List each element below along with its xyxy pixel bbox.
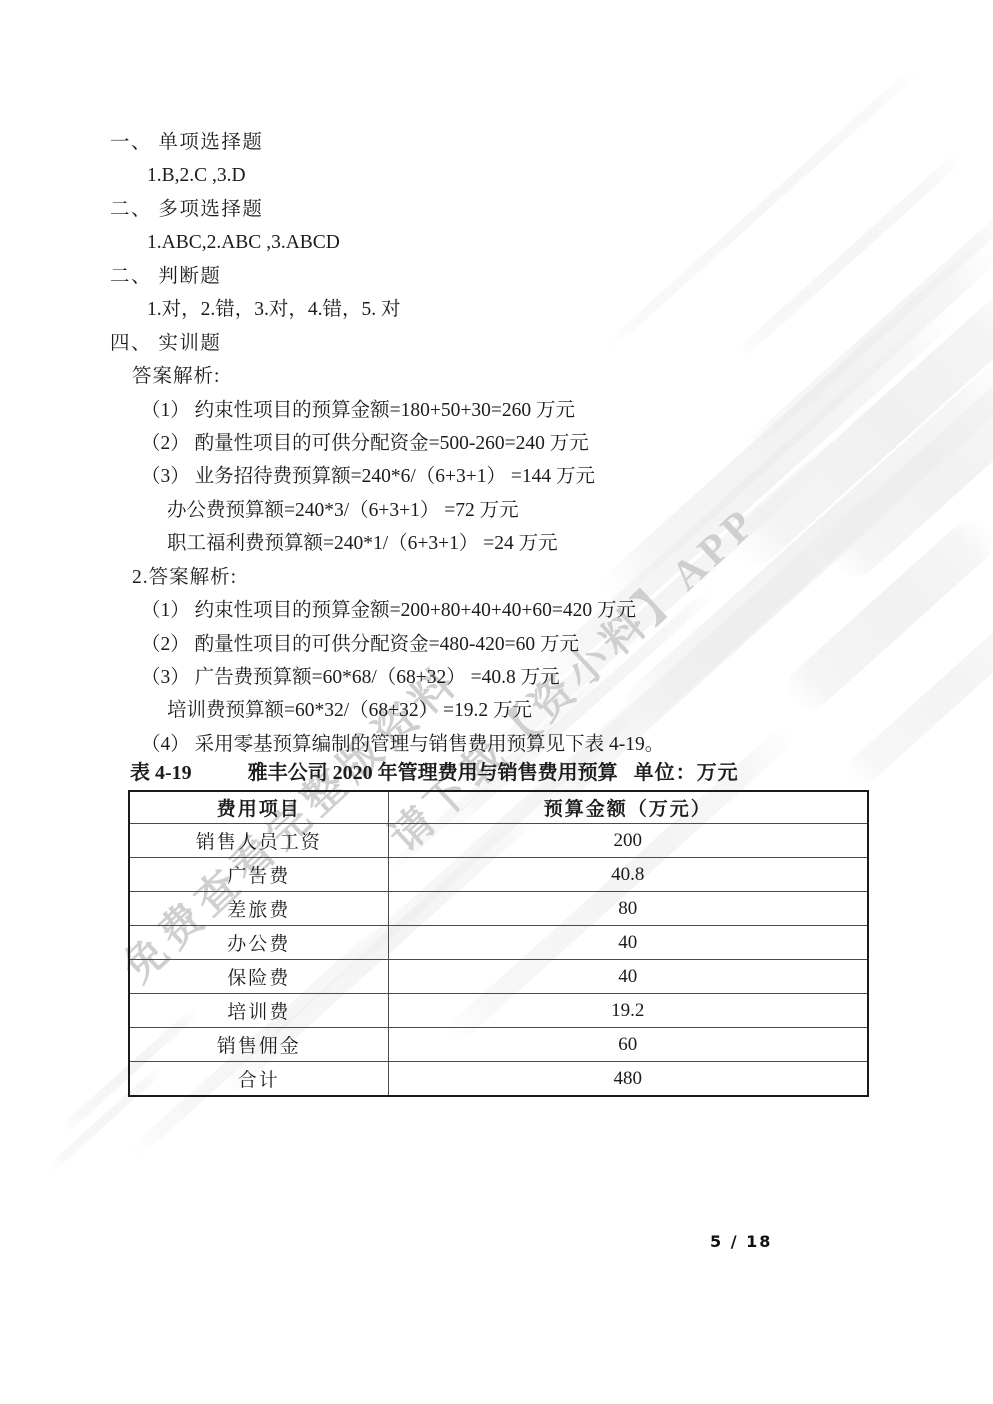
- budget-amount-cell: 40.8: [388, 858, 868, 892]
- calculation-line: 职工福利费预算额=240*1/（6+3+1） =24 万元: [0, 527, 993, 560]
- expense-item-cell: 合计: [129, 1062, 388, 1097]
- column-header-expense-item: 费用项目: [129, 791, 388, 824]
- page-number: 5 / 18: [710, 1232, 772, 1251]
- budget-amount-cell: 80: [388, 892, 868, 926]
- expense-item-cell: 广告费: [129, 858, 388, 892]
- table-caption: 表 4-19雅丰公司 2020 年管理费用与销售费用预算单位：万元: [130, 757, 867, 789]
- section-heading: 一、 单项选择题: [0, 126, 993, 159]
- section-heading: 二、 多项选择题: [0, 193, 993, 226]
- budget-amount-cell: 200: [388, 824, 868, 858]
- answer-line: 1.B,2.C ,3.D: [0, 159, 993, 192]
- table-row: 销售人员工资 200: [129, 824, 868, 858]
- expense-item-cell: 销售人员工资: [129, 824, 388, 858]
- calculation-line: （1） 约束性项目的预算金额=180+50+30=260 万元: [0, 394, 993, 427]
- calculation-line: （1） 约束性项目的预算金额=200+80+40+40+60=420 万元: [0, 594, 993, 627]
- answer-line: 1.ABC,2.ABC ,3.ABCD: [0, 226, 993, 259]
- budget-table: 费用项目 预算金额（万元） 销售人员工资 200 广告费 40.8 差旅费 80…: [128, 790, 869, 1097]
- budget-amount-cell: 19.2: [388, 994, 868, 1028]
- expense-item-cell: 办公费: [129, 926, 388, 960]
- section-heading: 四、 实训题: [0, 327, 993, 360]
- answer-content: 一、 单项选择题 1.B,2.C ,3.D 二、 多项选择题 1.ABC,2.A…: [0, 126, 993, 761]
- expense-item-cell: 销售佣金: [129, 1028, 388, 1062]
- column-header-budget-amount: 预算金额（万元）: [388, 791, 868, 824]
- answer-subheading: 2.答案解析:: [0, 561, 993, 594]
- table-header-row: 费用项目 预算金额（万元）: [129, 791, 868, 824]
- table-row: 合计 480: [129, 1062, 868, 1097]
- expense-item-cell: 保险费: [129, 960, 388, 994]
- table-unit: 单位：万元: [634, 762, 739, 784]
- calculation-line: （2） 酌量性项目的可供分配资金=500-260=240 万元: [0, 427, 993, 460]
- budget-amount-cell: 60: [388, 1028, 868, 1062]
- budget-amount-cell: 480: [388, 1062, 868, 1097]
- expense-item-cell: 培训费: [129, 994, 388, 1028]
- calculation-line: （2） 酌量性项目的可供分配资金=480-420=60 万元: [0, 628, 993, 661]
- table-title: 雅丰公司 2020 年管理费用与销售费用预算: [248, 762, 618, 784]
- expense-item-cell: 差旅费: [129, 892, 388, 926]
- calculation-line: （3） 广告费预算额=60*68/（68+32） =40.8 万元: [0, 661, 993, 694]
- table-row: 保险费 40: [129, 960, 868, 994]
- document-page: 免费查看完整版资料 请下载【资小料】APP 一、 单项选择题 1.B,2.C ,…: [0, 0, 993, 1404]
- calculation-line: 培训费预算额=60*32/（68+32） =19.2 万元: [0, 694, 993, 727]
- table-row: 销售佣金 60: [129, 1028, 868, 1062]
- budget-amount-cell: 40: [388, 926, 868, 960]
- answer-subheading: 答案解析:: [0, 360, 993, 393]
- budget-amount-cell: 40: [388, 960, 868, 994]
- answer-line: 1.对，2.错，3.对，4.错，5. 对: [0, 293, 993, 326]
- calculation-line: （3） 业务招待费预算额=240*6/（6+3+1） =144 万元: [0, 460, 993, 493]
- table-row: 差旅费 80: [129, 892, 868, 926]
- table-row: 培训费 19.2: [129, 994, 868, 1028]
- calculation-line: 办公费预算额=240*3/（6+3+1） =72 万元: [0, 494, 993, 527]
- section-heading: 二、 判断题: [0, 260, 993, 293]
- table-row: 广告费 40.8: [129, 858, 868, 892]
- table-row: 办公费 40: [129, 926, 868, 960]
- table-label: 表 4-19: [130, 762, 192, 784]
